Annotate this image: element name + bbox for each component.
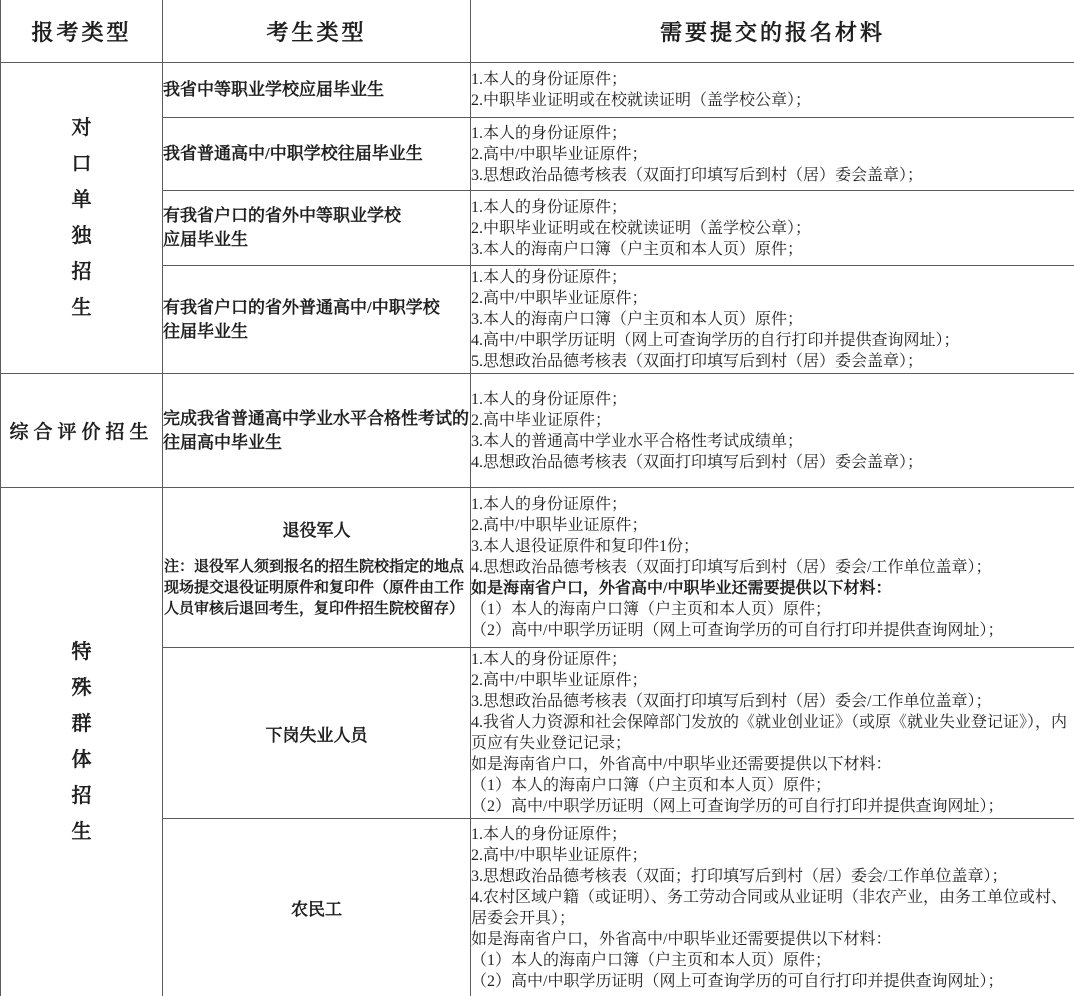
material-line: 1.本人的身份证原件；: [471, 389, 1074, 410]
section-label-cell-duikou: 对口单独招生: [1, 63, 163, 374]
candidate-type-text: 农民工: [163, 895, 470, 920]
material-line: 1.本人的身份证原件；: [471, 123, 1074, 144]
material-line: 4.我省人力资源和社会保障部门发放的《就业创业证》（或原《就业失业登记证》），内…: [471, 712, 1074, 754]
material-line: 3.本人的海南户口簿（户主页和本人页）原件；: [471, 239, 1074, 260]
section-label-cell-teshu: 特殊群体招生: [1, 488, 163, 996]
material-line: 如是海南省户口，外省高中/中职毕业还需要提供以下材料：: [471, 929, 1074, 950]
header-materials: 需要提交的报名材料: [471, 0, 1074, 63]
materials-cell: 1.本人的身份证原件； 2.高中/中职毕业证原件； 3.本人退役证原件和复印件1…: [471, 488, 1074, 648]
materials-cell: 1.本人的身份证原件； 2.高中毕业证原件； 3.本人的普通高中学业水平合格性考…: [471, 374, 1074, 488]
material-line: 3.思想政治品德考核表（双面打印填写后到村（居）委会/工作单位盖章）；: [471, 691, 1074, 712]
material-line: 2.高中/中职毕业证原件；: [471, 288, 1074, 309]
material-line: （2）高中/中职学历证明（网上可查询学历的可自行打印并提供查询网址）；: [471, 796, 1074, 817]
candidate-type-cell: 我省普通高中/中职学校往届毕业生: [163, 118, 471, 191]
material-line: 4.思想政治品德考核表（双面打印填写后到村（居）委会盖章）；: [471, 452, 1074, 473]
candidate-type-text: 有我省户口的省外中等职业学校 应届毕业生: [163, 204, 470, 252]
header-registration-type: 报考类型: [1, 0, 163, 63]
section-label: 综合评价招生: [1, 417, 162, 444]
material-line: 4.高中/中职学历证明（网上可查询学历的自行打印并提供查询网址）；: [471, 330, 1074, 351]
registration-materials-table: 报考类型 考生类型 需要提交的报名材料 对口单独招生 我省中等职业学校应届毕业生…: [0, 0, 1074, 996]
material-line: 2.高中毕业证原件；: [471, 410, 1074, 431]
candidate-type-cell: 有我省户口的省外普通高中/中职学校 往届毕业生: [163, 266, 471, 374]
table-row: 有我省户口的省外普通高中/中职学校 往届毕业生 1.本人的身份证原件； 2.高中…: [1, 266, 1074, 374]
table-row: 特殊群体招生 退役军人 注：退役军人须到报名的招生院校指定的地点现场提交退役证明…: [1, 488, 1074, 648]
materials-cell: 1.本人的身份证原件； 2.中职毕业证明或在校就读证明（盖学校公章）； 3.本人…: [471, 191, 1074, 266]
materials-cell: 1.本人的身份证原件； 2.高中/中职毕业证原件； 3.思想政治品德考核表（双面…: [471, 648, 1074, 819]
material-line: （1）本人的海南户口簿（户主页和本人页）原件；: [471, 950, 1074, 971]
material-line: 3.本人的普通高中学业水平合格性考试成绩单；: [471, 431, 1074, 452]
materials-cell: 1.本人的身份证原件； 2.高中/中职毕业证原件； 3.本人的海南户口簿（户主页…: [471, 266, 1074, 374]
material-line: 1.本人的身份证原件；: [471, 267, 1074, 288]
material-line: （2）高中/中职学历证明（网上可查询学历的可自行打印并提供查询网址）；: [471, 620, 1074, 641]
material-line: 5.思想政治品德考核表（双面打印填写后到村（居）委会盖章）；: [471, 351, 1074, 372]
candidate-type-cell: 下岗失业人员: [163, 648, 471, 819]
candidate-type-cell: 有我省户口的省外中等职业学校 应届毕业生: [163, 191, 471, 266]
material-line: （1）本人的海南户口簿（户主页和本人页）原件；: [471, 599, 1074, 620]
material-line-emphasis: 如是海南省户口，外省高中/中职毕业还需要提供以下材料：: [471, 578, 1074, 599]
table-row: 综合评价招生 完成我省普通高中学业水平合格性考试的 往届高中毕业生 1.本人的身…: [1, 374, 1074, 488]
material-line: 1.本人的身份证原件；: [471, 197, 1074, 218]
candidate-type-cell: 我省中等职业学校应届毕业生: [163, 63, 471, 118]
material-line: 1.本人的身份证原件；: [471, 69, 1074, 90]
material-line: 2.高中/中职毕业证原件；: [471, 515, 1074, 536]
section-label: 对口单独招生: [70, 110, 93, 326]
material-line: 2.高中/中职毕业证原件；: [471, 670, 1074, 691]
material-line: 3.本人退役证原件和复印件1份；: [471, 536, 1074, 557]
table-row: 农民工 1.本人的身份证原件； 2.高中/中职毕业证原件； 3.思想政治品德考核…: [1, 819, 1074, 996]
candidate-type-cell: 完成我省普通高中学业水平合格性考试的 往届高中毕业生: [163, 374, 471, 488]
candidate-type-cell: 农民工: [163, 819, 471, 996]
materials-cell: 1.本人的身份证原件； 2.中职毕业证明或在校就读证明（盖学校公章）；: [471, 63, 1074, 118]
table-header-row: 报考类型 考生类型 需要提交的报名材料: [1, 0, 1074, 63]
material-line: 3.本人的海南户口簿（户主页和本人页）原件；: [471, 309, 1074, 330]
material-line: （1）本人的海南户口簿（户主页和本人页）原件；: [471, 775, 1074, 796]
candidate-type-text: 我省普通高中/中职学校往届毕业生: [163, 142, 470, 166]
section-label: 特殊群体招生: [70, 634, 93, 850]
candidate-type-text: 我省中等职业学校应届毕业生: [163, 78, 470, 102]
candidate-type-text: 有我省户口的省外普通高中/中职学校 往届毕业生: [163, 296, 470, 344]
header-candidate-type: 考生类型: [163, 0, 471, 63]
registration-materials-table-page: 报考类型 考生类型 需要提交的报名材料 对口单独招生 我省中等职业学校应届毕业生…: [0, 0, 1074, 996]
material-line: 2.高中/中职毕业证原件；: [471, 845, 1074, 866]
material-line: 2.高中/中职毕业证原件；: [471, 144, 1074, 165]
material-line: 1.本人的身份证原件；: [471, 494, 1074, 515]
material-line: 1.本人的身份证原件；: [471, 824, 1074, 845]
material-line: 2.中职毕业证明或在校就读证明（盖学校公章）；: [471, 218, 1074, 239]
veteran-note-text: 注：退役军人须到报名的招生院校指定的地点现场提交退役证明原件和复印件（原件由工作…: [163, 557, 470, 620]
material-line: 2.中职毕业证明或在校就读证明（盖学校公章）；: [471, 90, 1074, 111]
candidate-type-cell: 退役军人 注：退役军人须到报名的招生院校指定的地点现场提交退役证明原件和复印件（…: [163, 488, 471, 648]
table-row: 下岗失业人员 1.本人的身份证原件； 2.高中/中职毕业证原件； 3.思想政治品…: [1, 648, 1074, 819]
material-line: （2）高中/中职学历证明（网上可查询学历的可自行打印并提供查询网址）；: [471, 971, 1074, 992]
section-label-cell-zonghe: 综合评价招生: [1, 374, 163, 488]
materials-cell: 1.本人的身份证原件； 2.高中/中职毕业证原件； 3.思想政治品德考核表（双面…: [471, 118, 1074, 191]
table-row: 有我省户口的省外中等职业学校 应届毕业生 1.本人的身份证原件； 2.中职毕业证…: [1, 191, 1074, 266]
material-line: 1.本人的身份证原件；: [471, 649, 1074, 670]
material-line: 4.农村区域户籍（或证明）、务工劳动合同或从业证明（非农产业，由务工单位或村、居…: [471, 887, 1074, 929]
candidate-type-text: 下岗失业人员: [163, 721, 470, 746]
candidate-type-text: 退役军人: [163, 516, 470, 541]
material-line: 3.思想政治品德考核表（双面；打印填写后到村（居）委会/工作单位盖章）；: [471, 866, 1074, 887]
material-line: 4.思想政治品德考核表（双面打印填写后到村（居）委会/工作单位盖章）；: [471, 557, 1074, 578]
material-line: 3.思想政治品德考核表（双面打印填写后到村（居）委会盖章）；: [471, 165, 1074, 186]
materials-cell: 1.本人的身份证原件； 2.高中/中职毕业证原件； 3.思想政治品德考核表（双面…: [471, 819, 1074, 996]
candidate-type-text: 完成我省普通高中学业水平合格性考试的 往届高中毕业生: [163, 407, 470, 455]
material-line: 如是海南省户口，外省高中/中职毕业还需要提供以下材料：: [471, 754, 1074, 775]
table-row: 对口单独招生 我省中等职业学校应届毕业生 1.本人的身份证原件； 2.中职毕业证…: [1, 63, 1074, 118]
table-row: 我省普通高中/中职学校往届毕业生 1.本人的身份证原件； 2.高中/中职毕业证原…: [1, 118, 1074, 191]
